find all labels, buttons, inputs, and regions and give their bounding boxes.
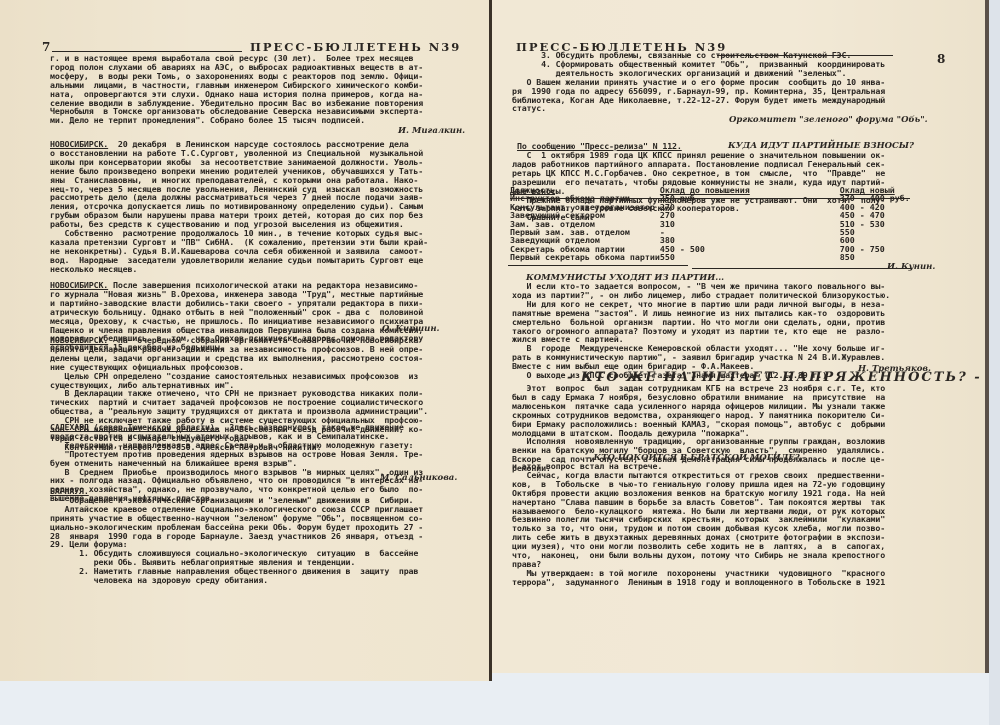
old-salary-cell: - (660, 228, 840, 236)
new-salary-cell: 850 (840, 253, 985, 261)
page-number: 8 (937, 52, 945, 66)
page-number: 7 (42, 40, 50, 54)
divider (692, 268, 912, 269)
old-salary-cell: 270 (660, 211, 840, 219)
article-body: 20 декабря в Ленинском нарсуде состоялос… (50, 139, 428, 274)
old-salary-cell: 450 - 500 (660, 245, 840, 253)
signature: М. Сальникова. (380, 473, 457, 483)
new-salary-cell: 510 - 530 (840, 220, 985, 228)
article: НОВОСИБИРСК. 20 декабря в Ленинском нарс… (50, 140, 428, 274)
article-body: Обращение к экологическим организациям и… (50, 495, 423, 585)
leaving-party-text: И если кто-то задается вопросом, - "В че… (512, 282, 890, 380)
intro-text: г. и в настоящее время выработала свой р… (50, 54, 423, 125)
old-salary-cell: 310 (660, 220, 840, 228)
old-salary-cell: 550 (660, 253, 840, 261)
forum-continuation: 3. Обсудить проблемы, связанные со строи… (512, 51, 885, 113)
position-cell: Первый секретарь обкома партии (510, 253, 660, 261)
old-salary-cell: 270 (660, 203, 840, 211)
bulletin-header: ПРЕСС-БЮЛЛЕТЕНЬ N39 (250, 40, 461, 54)
old-salary-cell: 250 руб. (660, 194, 840, 202)
header-rule (52, 51, 242, 52)
new-salary-cell: 700 - 750 (840, 245, 985, 253)
forum-signature: Оргкомитет "зеленого" форума "Обь". (729, 115, 928, 125)
article: БАРНАУЛ. Обращение к экологическим орган… (50, 487, 423, 585)
salary-table: ДолжностьОклад до повышенияОклад новыйИн… (510, 186, 985, 262)
table-row: Первый секретарь обкома партии550850 (510, 253, 985, 261)
background (989, 0, 1000, 725)
signature: И. Мигалкин. (398, 126, 465, 136)
left-page: 7 ПРЕСС-БЮЛЛЕТЕНЬ N39 г. и в настоящее в… (0, 0, 490, 681)
grave-text: и этот вопрос встал на встрече. Сейчас, … (512, 462, 885, 587)
signature: О. Киршин. (382, 324, 440, 334)
right-page: ПРЕСС-БЮЛЛЕТЕНЬ N39 8 3. Обсудить пробле… (492, 0, 986, 673)
signature: И. Кунин. (887, 262, 935, 272)
new-salary-cell: 550 (840, 228, 985, 236)
divider (508, 265, 688, 266)
